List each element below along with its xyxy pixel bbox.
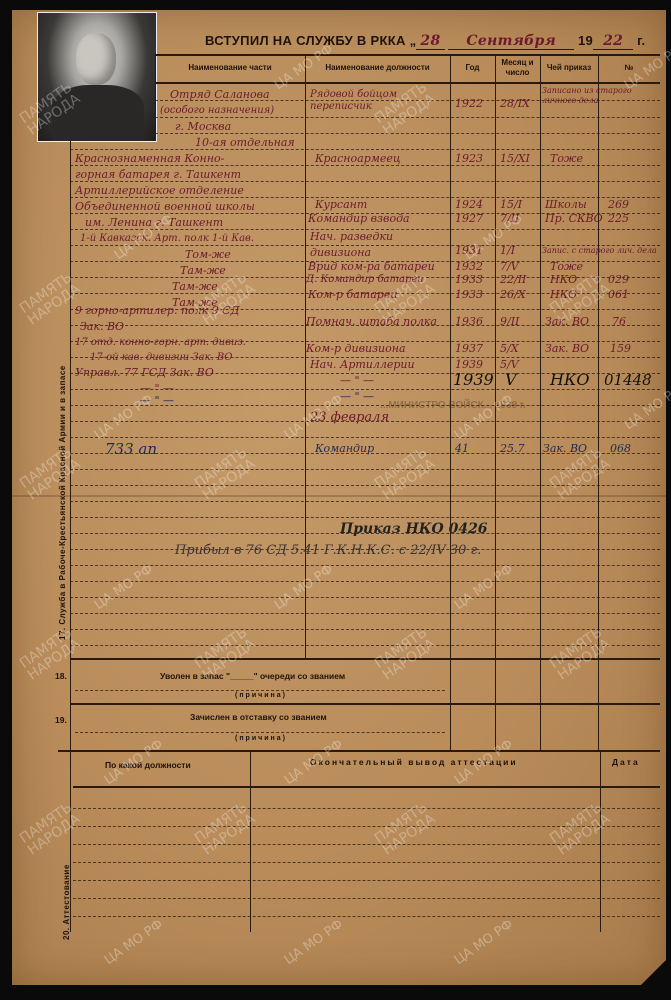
order-note: Приказ НКО 0426 xyxy=(340,523,488,535)
header-year: Год xyxy=(450,63,495,73)
unit-line: 733 ап xyxy=(105,443,157,455)
header-month-day: Месяц и число xyxy=(495,58,540,78)
unit-line: — " — xyxy=(140,395,174,407)
entry-month: Сентября xyxy=(448,33,574,50)
col-line-left xyxy=(70,140,71,660)
entry-year-suffix: 22 xyxy=(593,33,633,50)
entry-heading: ВСТУПИЛ НА СЛУЖБУ В РККА „28 Сентября 19… xyxy=(205,33,645,49)
unit-line: 10-ая отдельная xyxy=(195,137,295,149)
section-19-top-rule xyxy=(70,703,660,705)
header-number: № xyxy=(598,63,660,73)
photo-face xyxy=(76,33,116,85)
header-whose-order: Чей приказ xyxy=(540,63,598,73)
unit-line: Там-же xyxy=(180,265,226,277)
section-20-col-position: По какой должности xyxy=(105,760,191,770)
unit-line: г. Москва xyxy=(175,121,231,133)
folded-corner xyxy=(640,960,666,986)
section-19-reason-line xyxy=(75,732,445,733)
arrival-note: Прибыл в 76 СД 5.41 Г.К.Н.К.С. с 22/IV 3… xyxy=(175,545,481,557)
header-bottom-rule xyxy=(155,82,660,84)
section-20-col-date: Дата xyxy=(612,757,640,767)
photo-uniform xyxy=(52,85,144,141)
section-19-number: 19. xyxy=(55,715,67,725)
section-17-label: 17. Служба в Рабоче-Крестьянской Красной… xyxy=(58,365,67,640)
unit-line: 17-ой кав. дивизии Зак. ВО xyxy=(90,352,232,364)
unit-line: Там-же xyxy=(172,281,218,293)
unit-line: 1-й Кавказск. Арт. полк 1-й Кав. xyxy=(80,233,254,245)
unit-line: Артиллерийское отделение xyxy=(75,185,244,197)
col-line-photo-edge xyxy=(155,54,156,140)
section-18-number: 18. xyxy=(55,671,67,681)
header-position: Наименование должности xyxy=(305,63,450,73)
unit-line: горная батарея г. Ташкент xyxy=(75,169,241,181)
section-20-col1 xyxy=(250,752,251,932)
unit-line: Отряд Саланова xyxy=(170,89,270,101)
section-19-reason: (причина) xyxy=(235,735,287,742)
unit-line: 9 горно-артилер. полк 9 СД xyxy=(75,305,240,317)
section-20-col2 xyxy=(600,752,601,932)
unit-line: им. Ленина г. Ташкент xyxy=(85,217,223,229)
paper-fold xyxy=(12,495,666,497)
portrait-photo xyxy=(37,12,157,142)
entry-day: 28 xyxy=(416,33,444,50)
section-20-top-rule xyxy=(58,750,660,752)
unit-line: Краснознаменная Конно- xyxy=(75,153,224,165)
unit-line: (особого назначения) xyxy=(160,105,274,117)
section-18-label: Уволен в запас "_____" очереди со звание… xyxy=(160,671,345,681)
unit-line: Объединенной военной школы xyxy=(75,201,255,213)
unit-line: Том-же xyxy=(185,249,231,261)
section-20-label: 20. Аттестование xyxy=(62,864,71,940)
section-19-label: Зачислен в отставку со званием xyxy=(190,712,327,722)
unit-line: Зак. ВО xyxy=(80,321,124,333)
entry-heading-label: ВСТУПИЛ НА СЛУЖБУ В РККА xyxy=(205,33,406,48)
section-20-header-rule xyxy=(73,786,660,788)
faded-stamp: ...МИНИСТРО ВОЙСК... 1939 г. xyxy=(380,400,526,411)
unit-line: Управл. 77 ГСД Зак. ВО xyxy=(75,367,214,379)
year-label: г. xyxy=(637,33,645,48)
header-top-rule xyxy=(155,54,660,56)
section-18-top-rule xyxy=(70,658,660,660)
entry-year-prefix: 19 xyxy=(578,33,593,48)
section-18-reason-line xyxy=(75,690,445,691)
unit-line: 17 отд. конно-горн. арт. дивиз. xyxy=(75,337,246,349)
header-unit: Наименование части xyxy=(155,63,305,73)
section-20-col-conclusion: Окончательный вывод аттестации xyxy=(310,757,518,767)
section-18-reason: (причина) xyxy=(235,692,287,699)
